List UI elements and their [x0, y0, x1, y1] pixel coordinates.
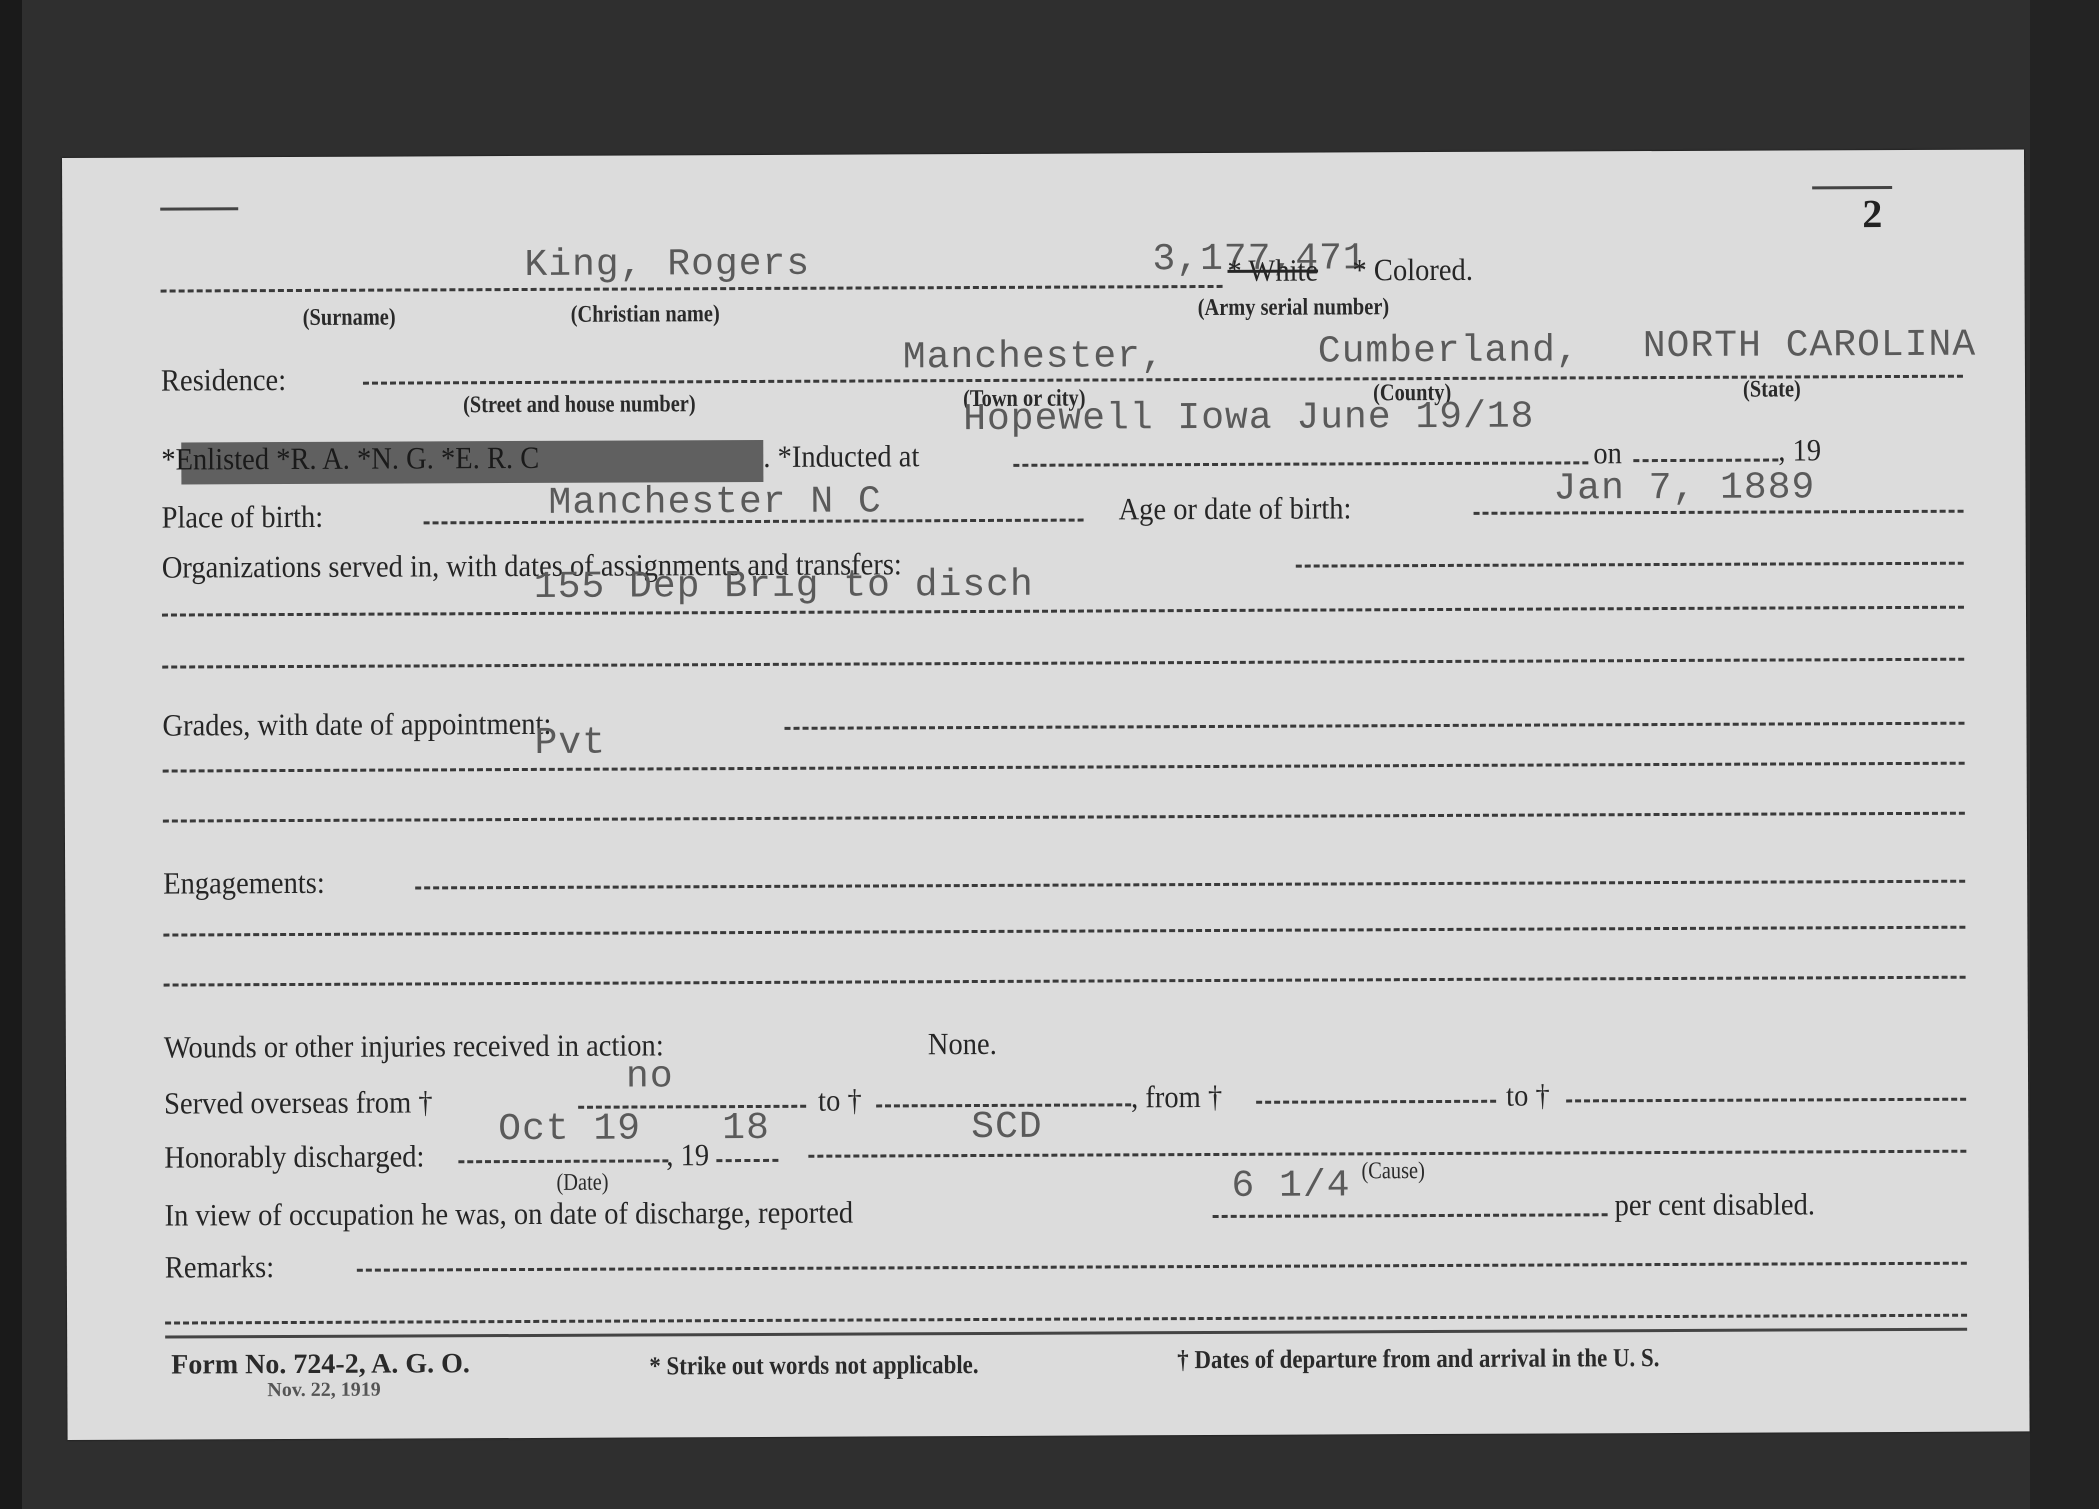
- date-of-birth-line: [1474, 510, 1964, 515]
- place-of-birth-label: Place of birth:: [161, 499, 323, 536]
- grades-line-2: [163, 812, 1965, 823]
- scan-background-right: [2030, 0, 2099, 1509]
- overseas-to2-line: [1566, 1098, 1966, 1103]
- inducted-on-label: on: [1593, 435, 1622, 471]
- christian-name-label: (Christian name): [571, 301, 720, 329]
- discharge-year-prefix: , 19: [666, 1137, 709, 1173]
- surname-label: (Surname): [303, 305, 396, 332]
- discharge-date-line: [458, 1159, 668, 1163]
- engagements-label: Engagements:: [163, 865, 325, 902]
- remarks-line-1: [165, 1314, 1967, 1325]
- date-of-birth-label: Age or date of birth:: [1118, 490, 1351, 527]
- page-number: 2: [1862, 190, 1882, 237]
- race-colored: * Colored.: [1352, 252, 1473, 289]
- discharge-cause-line: [808, 1150, 1966, 1158]
- residence-county: Cumberland,: [1318, 329, 1580, 373]
- discharge-cause-label: (Cause): [1361, 1158, 1425, 1185]
- overseas-to2-label: to †: [1506, 1078, 1550, 1114]
- grades-value: Pvt: [534, 722, 606, 765]
- inducted-at-label: . *Inducted at: [763, 438, 919, 475]
- footer-rule: [165, 1328, 1967, 1339]
- grades-line-1: [163, 762, 1965, 773]
- street-label: (Street and house number): [463, 391, 696, 419]
- wounds-label: Wounds or other injuries received in act…: [164, 1027, 664, 1065]
- discharge-cause-value: SCD: [971, 1106, 1043, 1149]
- place-of-birth-value: Manchester N C: [548, 480, 881, 524]
- name-value: King, Rogers: [524, 243, 810, 287]
- grades-label: Grades, with date of appointment:: [162, 706, 551, 744]
- overseas-from-value: no: [626, 1055, 674, 1098]
- organizations-line-1: [162, 606, 1964, 617]
- inducted-year-label: , 19: [1778, 432, 1821, 468]
- overseas-from2-label: , from †: [1131, 1079, 1222, 1115]
- wounds-value: None.: [928, 1026, 997, 1062]
- induction-value: Hopewell Iowa June 19/18: [963, 396, 1534, 441]
- engagements-line-2: [164, 976, 1966, 987]
- dagger-note: † Dates of departure from and arrival in…: [1177, 1343, 1659, 1375]
- organizations-line-2: [162, 658, 1964, 669]
- discharge-year-line: [716, 1159, 778, 1162]
- overseas-from2-line: [1256, 1100, 1496, 1104]
- inducted-at-line: [1013, 461, 1588, 467]
- disability-suffix: per cent disabled.: [1615, 1186, 1816, 1223]
- discharge-year-value: 18: [722, 1107, 770, 1150]
- disability-value: 6 1/4: [1231, 1164, 1350, 1208]
- residence-town: Manchester,: [903, 335, 1165, 379]
- organizations-line-0: [1296, 562, 1964, 568]
- discharge-date-value: Oct 19: [498, 1107, 641, 1151]
- form-number: Form No. 724-2, A. G. O.: [171, 1348, 470, 1381]
- remarks-line-0: [357, 1262, 1967, 1272]
- residence-state: NORTH CAROLINA: [1643, 324, 1976, 368]
- residence-label: Residence:: [161, 362, 286, 399]
- strike-out-note: * Strike out words not applicable.: [649, 1350, 978, 1381]
- top-right-rule: [1812, 186, 1892, 189]
- service-record-card: 2 King, Rogers 3,177,471 * White * Color…: [62, 149, 2030, 1440]
- discharge-label: Honorably discharged:: [164, 1138, 424, 1175]
- overseas-from-label: Served overseas from †: [164, 1084, 433, 1121]
- enlistment-types: *Enlisted *R. A. *N. G. *E. R. C: [161, 440, 539, 478]
- form-date: Nov. 22, 1919: [267, 1379, 380, 1402]
- disability-line: [1213, 1213, 1608, 1218]
- serial-label: (Army serial number): [1198, 294, 1390, 322]
- race-white: * White: [1227, 253, 1318, 289]
- state-label: (State): [1743, 376, 1801, 403]
- remarks-label: Remarks:: [165, 1249, 274, 1285]
- grades-line-0: [784, 722, 1964, 730]
- disability-label: In view of occupation he was, on date of…: [165, 1195, 854, 1234]
- top-left-rule: [160, 207, 238, 210]
- scan-background-left: [0, 0, 22, 1509]
- date-of-birth-value: Jan 7, 1889: [1553, 466, 1815, 510]
- overseas-to-label: to †: [818, 1083, 862, 1119]
- engagements-line-1: [163, 926, 1965, 937]
- engagements-line-0: [415, 880, 1965, 890]
- organizations-value: 155 Dep Brig to disch: [534, 564, 1034, 609]
- inducted-on-line: [1633, 459, 1778, 463]
- discharge-date-label: (Date): [556, 1170, 608, 1197]
